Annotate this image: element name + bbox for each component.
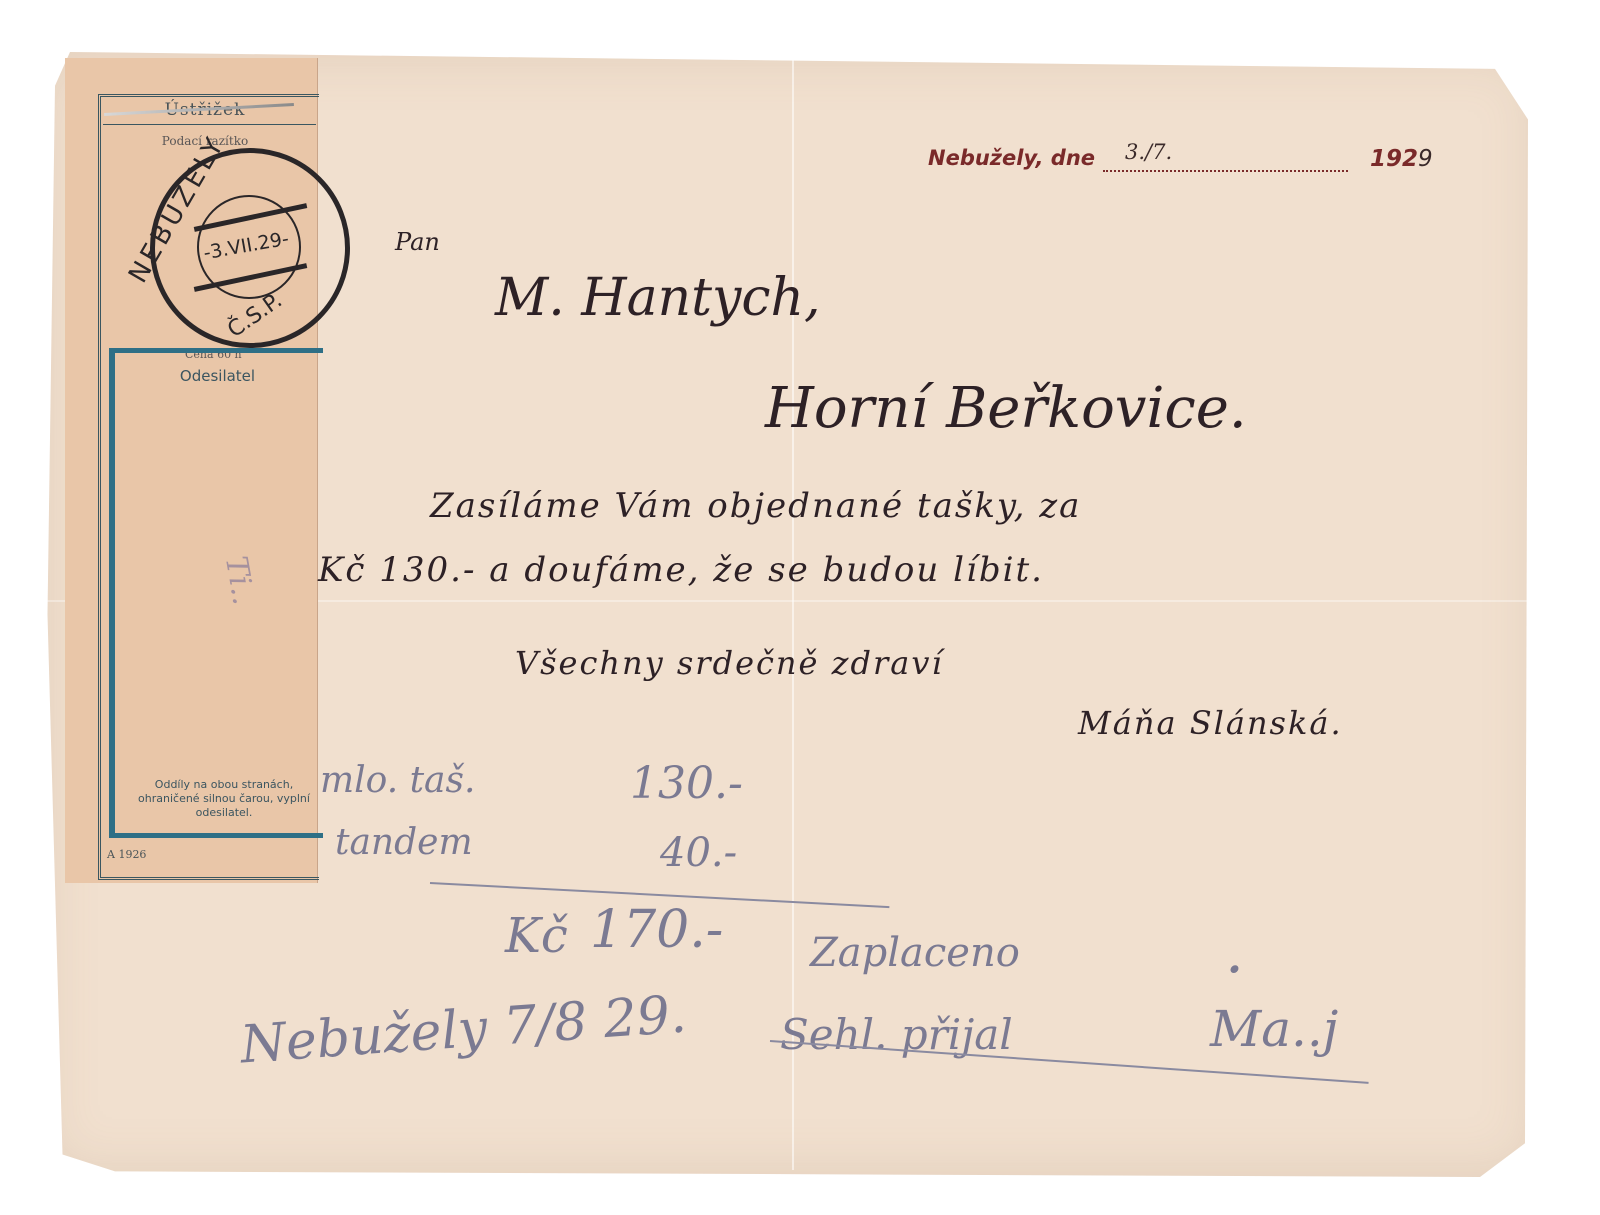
salutation: Pan <box>395 228 440 256</box>
signature: Máňa Slánská. <box>1078 704 1343 742</box>
letter-body-line-1: Zasíláme Vám objednané tašky, za <box>430 486 1081 526</box>
recipient-place: Horní Beřkovice. <box>765 376 1247 441</box>
pencil-item-amount: 130.- <box>630 758 743 809</box>
letter-closing: Všechny srdečně zdraví <box>515 644 944 682</box>
form-code: A 1926 <box>107 848 146 861</box>
fold-crease-vertical <box>792 60 794 1170</box>
sender-box: Odesilatel Ti.. Oddíly na obou stranách,… <box>109 348 323 838</box>
pencil-item-amount: 40.- <box>660 830 737 876</box>
pencil-received-signature: Ma..j <box>1210 1000 1338 1058</box>
year-handwritten: 9 <box>1418 146 1433 172</box>
pencil-paid: Zaplaceno <box>810 930 1020 976</box>
sender-note: Oddíly na obou stranách, ohraničené siln… <box>129 778 319 820</box>
pencil-total: 170.- <box>590 900 723 960</box>
letter-body-line-2: Kč 130.- a doufáme, že se budou líbit. <box>318 550 1044 590</box>
year: 1929 <box>1370 146 1433 172</box>
place-date-prefix: Nebužely, dne <box>928 146 1095 170</box>
year-printed: 192 <box>1370 146 1418 172</box>
coupon-rule <box>103 124 316 125</box>
pencil-item-label: tandem <box>335 822 473 863</box>
sender-label: Odesilatel <box>115 367 320 385</box>
postmark-stamp: NEBUŽELY -3.VII.29- Č.S.P. <box>150 148 350 348</box>
recipient-name: M. Hantych, <box>495 268 821 328</box>
pencil-item-label: mlo. taš. <box>320 760 475 801</box>
sender-pencil-mark: Ti.. <box>218 553 261 607</box>
date-handwritten: 3./7. <box>1125 140 1172 164</box>
pencil-received: Sehl. přijal <box>780 1010 1013 1059</box>
pencil-total-prefix: Kč <box>505 908 568 964</box>
pencil-monogram-mark: · <box>1225 935 1244 1005</box>
